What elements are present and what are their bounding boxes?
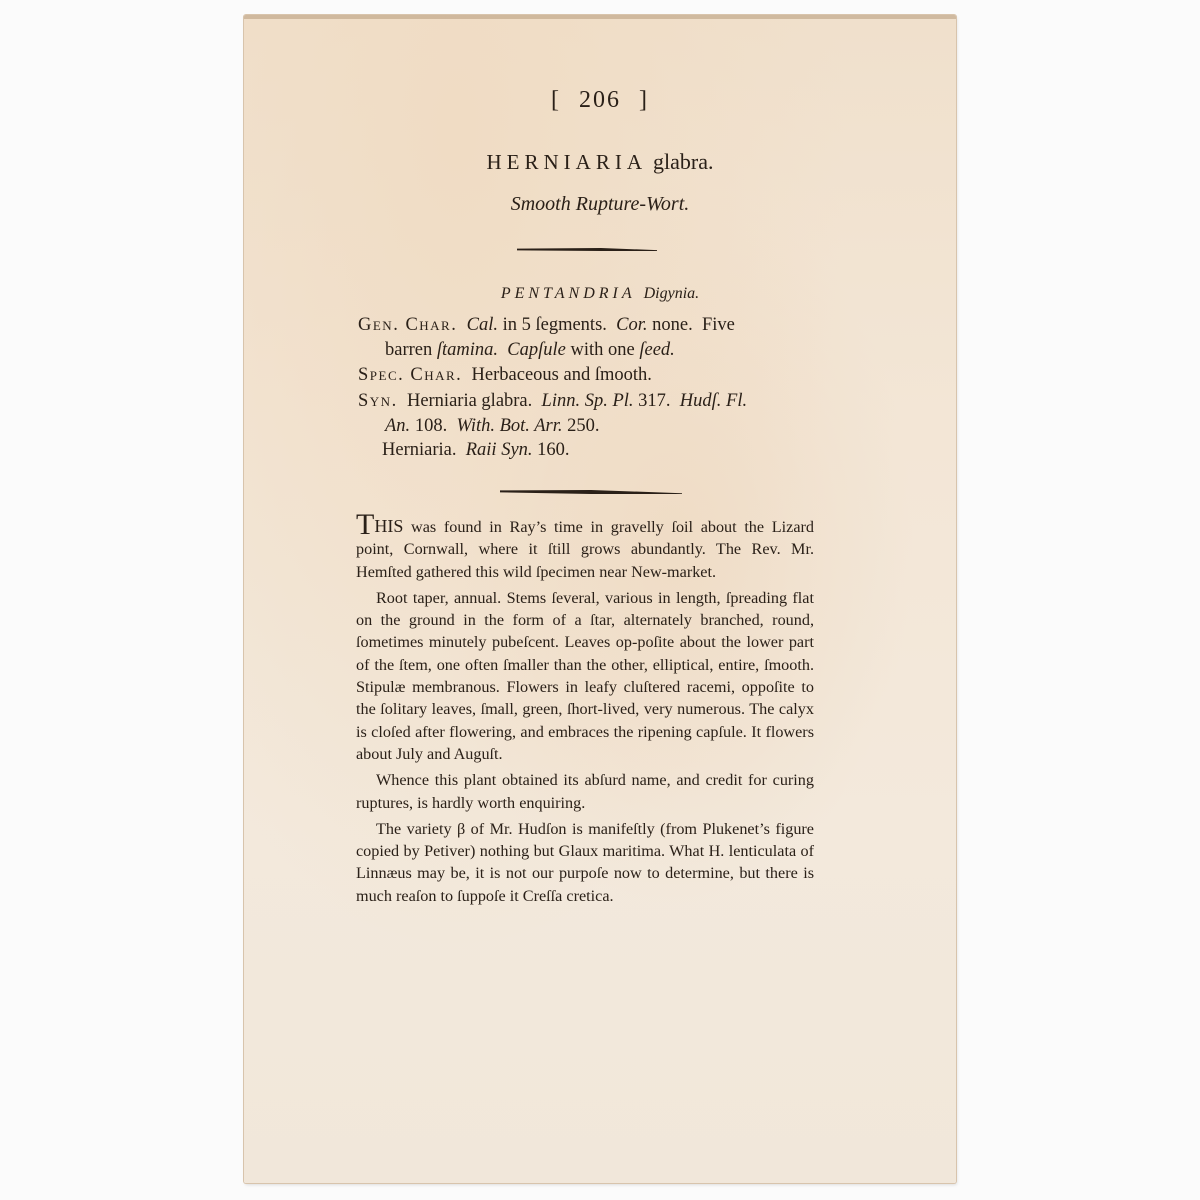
gen-char-text-cont: barren ſtamina. Capſule with one ſeed. bbox=[385, 340, 675, 360]
roman-text bbox=[498, 340, 507, 360]
generic-character-line-2: barren ſtamina. Capſule with one ſeed. bbox=[385, 340, 675, 361]
roman-text: 160. bbox=[533, 440, 570, 460]
italic-text: Cal. bbox=[467, 315, 498, 335]
roman-text: Herniaria. bbox=[382, 440, 466, 460]
roman-text: 108. bbox=[410, 416, 456, 436]
order-name: Digynia. bbox=[644, 285, 700, 302]
species-name: glabra. bbox=[653, 149, 713, 174]
description-body: THIS was found in Ray’s time in gravelly… bbox=[356, 515, 814, 907]
spec-char-label: Spec. Char. bbox=[358, 365, 462, 385]
italic-text: Linn. Sp. Pl. bbox=[542, 391, 634, 411]
italic-text: With. Bot. Arr. bbox=[456, 416, 562, 436]
drop-cap: T bbox=[356, 508, 374, 541]
roman-text: Herniaria glabra. bbox=[407, 391, 542, 411]
roman-text: with one bbox=[566, 340, 639, 360]
generic-character-line-1: Gen. Char. Cal. in 5 ſegments. Cor. none… bbox=[358, 315, 735, 336]
paragraph-4: The variety β of Mr. Hudſon is manifeſtl… bbox=[356, 818, 814, 907]
italic-text: An. bbox=[385, 416, 410, 436]
italic-text: ſeed. bbox=[639, 340, 674, 360]
paragraph-3: Whence this plant obtained its abſurd na… bbox=[356, 769, 814, 814]
specific-character: Spec. Char. Herbaceous and ſmooth. bbox=[358, 365, 652, 386]
synonymy-line-3: Herniaria. Raii Syn. 160. bbox=[382, 440, 570, 461]
linnaean-class: PENTANDRIA Digynia. bbox=[244, 285, 956, 303]
bracket-close: ] bbox=[639, 87, 649, 113]
synonymy-line-2: An. 108. With. Bot. Arr. 250. bbox=[385, 416, 600, 437]
roman-text: none. Five bbox=[648, 315, 735, 335]
gen-char-label: Gen. Char. bbox=[358, 315, 457, 335]
synonymy-line-1: Syn. Herniaria glabra. Linn. Sp. Pl. 317… bbox=[358, 391, 747, 412]
ornamental-rule-bottom bbox=[500, 490, 682, 494]
paragraph-2: Root taper, annual. Stems ſeveral, vario… bbox=[356, 587, 814, 765]
ornamental-rule-top bbox=[517, 248, 657, 251]
syn-label: Syn. bbox=[358, 391, 398, 411]
roman-text: 250. bbox=[563, 416, 600, 436]
genus-name: HERNIARIA bbox=[487, 150, 648, 174]
class-name: PENTANDRIA bbox=[501, 285, 636, 302]
spec-char-text: Herbaceous and ſmooth. bbox=[472, 365, 652, 385]
syn-text-cont: An. 108. With. Bot. Arr. 250. bbox=[385, 416, 600, 436]
roman-text: in 5 ſegments. bbox=[498, 315, 616, 335]
book-page: [206] HERNIARIAglabra. Smooth Rupture-Wo… bbox=[244, 15, 956, 1183]
common-name: Smooth Rupture-Wort. bbox=[244, 193, 956, 216]
syn-text-ray: Herniaria. Raii Syn. 160. bbox=[382, 440, 570, 460]
species-title: HERNIARIAglabra. bbox=[244, 149, 956, 175]
gen-char-text: Cal. in 5 ſegments. Cor. none. Five bbox=[467, 315, 735, 335]
roman-text: 317. bbox=[634, 391, 680, 411]
italic-text: Raii Syn. bbox=[466, 440, 533, 460]
syn-text: Herniaria glabra. Linn. Sp. Pl. 317. Hud… bbox=[407, 391, 747, 411]
opening-caps: HIS bbox=[374, 516, 403, 536]
paragraph-1: THIS was found in Ray’s time in gravelly… bbox=[356, 515, 814, 583]
paragraph-1-text: was found in Ray’s time in gravelly ſoil… bbox=[356, 518, 814, 581]
italic-text: Cor. bbox=[616, 315, 647, 335]
italic-text: Capſule bbox=[507, 340, 566, 360]
roman-text: barren bbox=[385, 340, 437, 360]
bracket-open: [ bbox=[551, 87, 561, 113]
italic-text: ſtamina. bbox=[437, 340, 498, 360]
italic-text: Hudſ. Fl. bbox=[680, 391, 747, 411]
page-number-value: 206 bbox=[579, 87, 621, 113]
page-number: [206] bbox=[244, 87, 956, 114]
